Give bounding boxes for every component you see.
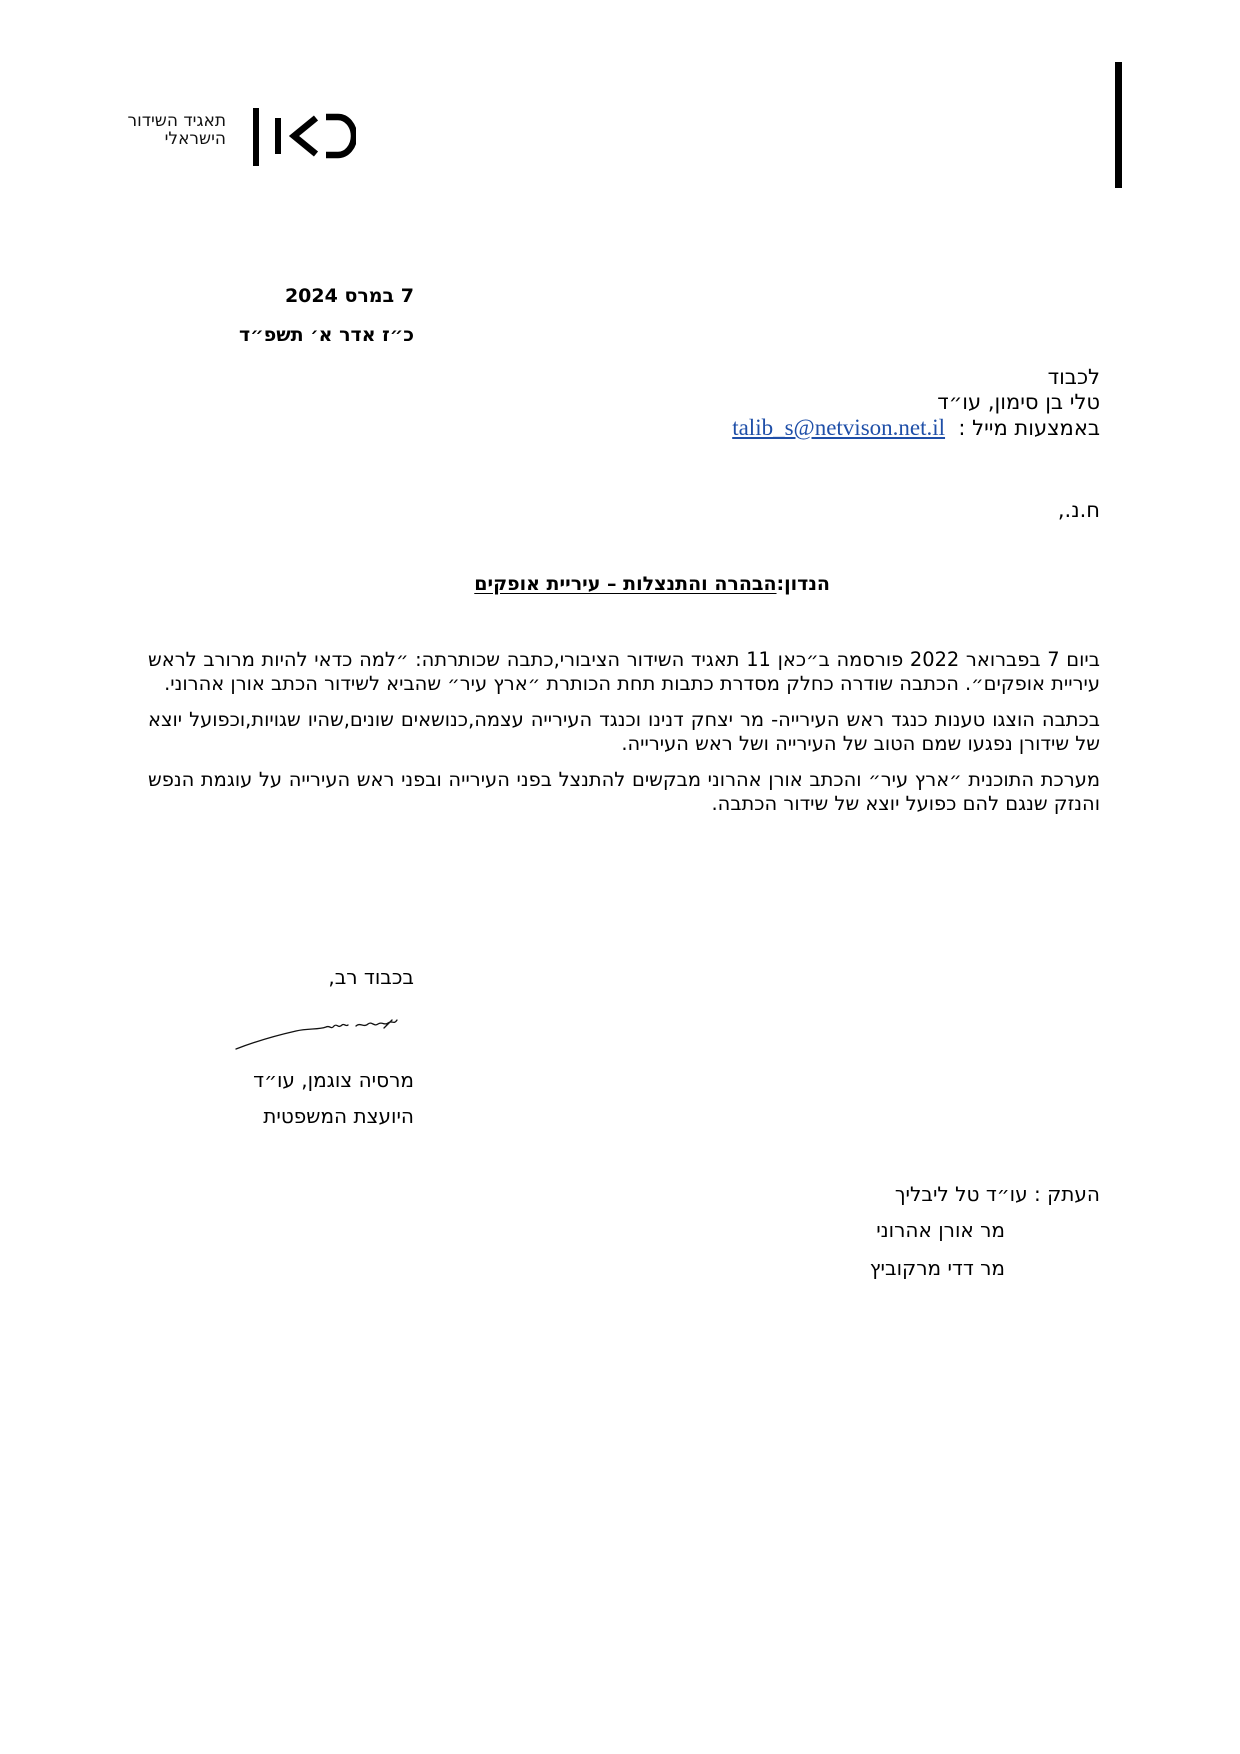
cc-recipient: מר דדי מרקוביץ [870, 1256, 1005, 1280]
date-hebrew: כ״ז אדר א׳ תשפ״ד [239, 324, 414, 346]
recipient-email-line: באמצעות מייל : talib_s@netvison.net.il [732, 415, 1100, 441]
kan-logo: תאגיד השידור הישראלי [112, 100, 372, 172]
letter-body: ביום 7 בפברואר 2022 פורסמה ב״כאן 11 תאגי… [148, 648, 1100, 828]
logo-org-line2: הישראלי [128, 130, 227, 148]
recipient-salutation: לכבוד [732, 365, 1100, 390]
signature-icon [234, 1016, 402, 1052]
body-paragraph: מערכת התוכנית ״ארץ עיר״ והכתב אורן אהרונ… [148, 768, 1100, 816]
via-email-label: באמצעות מייל : [958, 416, 1100, 440]
kan-logo-mark-icon [250, 108, 356, 166]
recipient-block: לכבוד טלי בן סימון, עו״ד באמצעות מייל : … [732, 365, 1100, 441]
letter-page: תאגיד השידור הישראלי 7 במרס 2024 כ״ז אדר… [0, 0, 1240, 1754]
subject-line: הנדון:הבהרה והתנצלות – עיריית אופקים [474, 573, 830, 595]
logo-org-name: תאגיד השידור הישראלי [128, 112, 227, 148]
subject-text: הבהרה והתנצלות – עיריית אופקים [474, 573, 776, 595]
header-accent-bar [1115, 62, 1122, 188]
recipient-email-link[interactable]: talib_s@netvison.net.il [732, 415, 945, 440]
body-paragraph: ביום 7 בפברואר 2022 פורסמה ב״כאן 11 תאגי… [148, 648, 1100, 696]
recipient-name: טלי בן סימון, עו״ד [732, 390, 1100, 415]
date-gregorian: 7 במרס 2024 [285, 285, 414, 307]
body-paragraph: בכתבה הוצגו טענות כנגד ראש העירייה- מר י… [148, 708, 1100, 756]
signer-name: מרסיה צוגמן, עו״ד [253, 1068, 414, 1092]
signer-title: היועצת המשפטית [263, 1104, 414, 1128]
logo-org-line1: תאגיד השידור [128, 112, 227, 130]
cc-line: העתק : עו״ד טל ליבליך [895, 1182, 1100, 1206]
cc-recipient: מר אורן אהרוני [876, 1218, 1005, 1242]
closing: בכבוד רב, [328, 965, 414, 989]
subject-prefix: הנדון: [777, 573, 830, 595]
greeting: ח.נ., [1058, 498, 1100, 522]
